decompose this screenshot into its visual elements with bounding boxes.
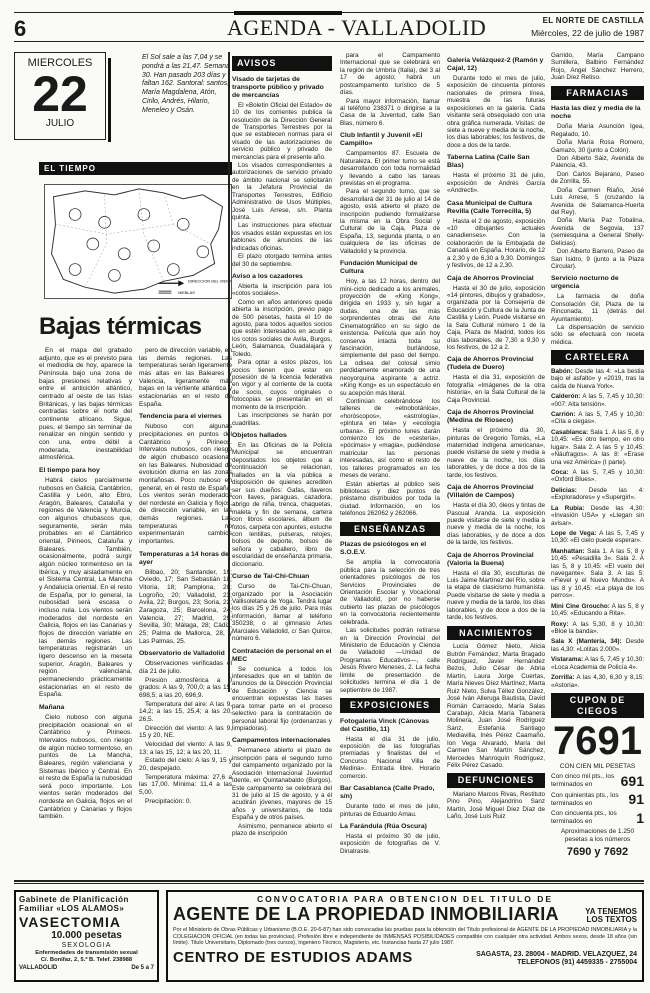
ad-price: 10.000 pesetas: [19, 930, 154, 942]
cinema-name: Roxy:: [551, 621, 569, 628]
column-rule: [228, 52, 230, 692]
item-text: Hasta el 2 de agosto, exposición «10 dib…: [447, 218, 545, 270]
ad-headline: AGENTE DE LA PROPIEDAD INMOBILIARIA: [173, 904, 559, 925]
item-text: Continúan celebrándose los talleres de «…: [340, 398, 440, 480]
item-text: Hasta el día 30, esculturas de Luis Jaim…: [447, 570, 545, 622]
cinema-name: Coca:: [551, 469, 569, 476]
ad-vasectomia: Gabinete de Planificación Familiar «LOS …: [14, 890, 159, 982]
item-text: Temperatura máxima: 27,6 a las 17,00. Mí…: [139, 774, 232, 797]
item-text: El plazo otorgado termina antes del 30 d…: [232, 253, 332, 268]
item-text: Observaciones verificadas el día 21 de j…: [139, 660, 232, 675]
nacimientos-text: Lucía Gómez Nieto, Alicia Butrón Fernánd…: [447, 643, 545, 769]
item-text: Para mayor información, llamar al teléfo…: [340, 98, 440, 128]
cartelera-entry: Vistarama: A las 5, 7,45 y 10,30: «Loca …: [551, 656, 644, 671]
nacimientos-header: NACIMIENTOS: [447, 626, 545, 641]
column-5: Galería Velázquez-2 (Ramón y Cajal, 12)D…: [447, 52, 545, 822]
weather-map: DIRECCION DEL VIENTO NIEBLAS: [44, 184, 232, 299]
cartelera-entry: Mini Cine Groucho: A las 5, 8 y 10,45: «…: [551, 603, 644, 618]
ensenanzas-header: ENSEÑANZAS: [340, 522, 440, 537]
cinema-name: Babón:: [551, 368, 573, 375]
item-heading: Club Infantil y Juvenil «El Campillo»: [340, 132, 440, 148]
item-heading: Objetos hallados: [232, 432, 332, 440]
cupon-approx-text: Aproximaciones de 1.250 pesetas a los nú…: [551, 828, 644, 843]
item-text: Habrá cielos parcialmente nubosos en Gal…: [39, 477, 132, 699]
cupon-box: 7691 CON CIEN MIL PESETAS Con cinco mil …: [551, 721, 644, 858]
svg-text:DIRECCION DEL VIENTO: DIRECCION DEL VIENTO: [188, 278, 231, 283]
cinema-name: Casablanca:: [551, 429, 588, 436]
avisos-header: AVISOS: [232, 56, 332, 71]
item-text: Se comunica a todos los interesados que …: [232, 666, 332, 733]
item-text: Hasta el próximo 30 de julio, exposición…: [340, 833, 440, 855]
item-text: Durante todo el mes de julio, exposición…: [447, 75, 545, 149]
cartelera-entry: Delicias: Desde las 4: «Exploradores» y …: [551, 487, 644, 502]
cartelera-entry: Sala X (Mantería, 34): Desde las 4,30: «…: [551, 638, 644, 653]
ad-address: C/. Bonifaz, 2, 5.º B. Telef. 238988: [19, 957, 154, 964]
farmacias-header: FARMACIAS: [551, 86, 644, 101]
exposiciones-items: Fotogalería Vinck (Cánovas del Castillo,…: [340, 718, 440, 856]
svg-text:NIEBLAS: NIEBLAS: [178, 290, 195, 295]
item-text: Para el segundo turno, que se desarrolla…: [340, 188, 440, 255]
column-4: para el Campamento Internacional que se …: [340, 52, 440, 856]
weather-headline: Bajas térmicas: [39, 313, 201, 341]
newspaper-page: 6 AGENDA - VALLADOLID EL NORTE DE CASTIL…: [14, 12, 644, 987]
ad-subtitle: SEXOLOGIA: [19, 942, 154, 950]
item-text: La dispensación de servicio sólo se efec…: [551, 324, 644, 346]
item-text: Doña María Asunción Igea, Regalado, 10.: [551, 123, 644, 138]
ad-line: Gabinete de Planificación: [19, 895, 154, 904]
ad-main-row: AGENTE DE LA PROPIEDAD INMOBILIARIA YA T…: [173, 904, 637, 925]
weather-header: EL TIEMPO: [39, 162, 232, 175]
farmacias-items: Hasta las diez y media de la nocheDoña M…: [551, 105, 644, 346]
item-text: Campamentos 87. Escuela de Naturaleza. E…: [340, 150, 440, 187]
ad-contact: SAGASTA, 23. 28004 - MADRID. VELAZQUEZ, …: [476, 951, 637, 968]
item-text: Las inscripciones se harán por cuadrilla…: [232, 412, 332, 427]
cinema-name: Calderón:: [551, 393, 580, 400]
item-text: Doña María Rosa Romero, Gamazo, 30 (junt…: [551, 139, 644, 154]
weather-column-2: pero de dirección variable, en las demás…: [139, 347, 232, 806]
item-text: Hasta el día 31, exposición de fotografí…: [447, 374, 545, 404]
showtimes: Sala 1. A las 5, 8 y 10,45: «Pesadilla 3…: [551, 548, 644, 600]
cartelera-items: Babón: Desde las 4: «La bestia bajo el a…: [551, 368, 644, 689]
cinema-name: Sala X (Mantería, 34):: [551, 638, 622, 645]
ad-note: Enfermedades de transmisión sexual: [19, 950, 154, 957]
cupon-approx-numbers: 7690 y 7692: [551, 846, 644, 859]
cupon-number: 7691: [551, 721, 644, 761]
date-box-shadow: [108, 58, 111, 142]
item-text: Cielo nuboso con alguna precipitación oc…: [39, 714, 132, 821]
weather-map-icon: DIRECCION DEL VIENTO NIEBLAS: [45, 185, 231, 298]
item-text: Don Alberto Barrero, Paseo de San Isidro…: [551, 248, 644, 270]
item-text: En el mapa del grabado adjunto, que es e…: [39, 347, 132, 462]
cartelera-entry: Roxy: A las 5,30, 8 y 10,30: «Bloe la ba…: [551, 621, 644, 636]
item-heading: Casa Municipal de Cultura Revilla (Calle…: [447, 200, 545, 216]
cupon-row: Con cinco mil pts., los terminados en691: [551, 773, 644, 790]
ad-aside: YA TENEMOS LOS TEXTOS: [567, 908, 637, 926]
dateline: Miércoles, 22 de julio de 1987: [531, 28, 644, 38]
item-text: Hasta el 30 de julio, exposición «14 pin…: [447, 285, 545, 352]
item-text: Las instrucciones para efectuar los visa…: [232, 222, 332, 252]
item-text: Para optar a estos plazos, los socios ti…: [232, 359, 332, 411]
item-heading: Fotogalería Vinck (Cánovas del Castillo,…: [340, 718, 440, 734]
item-heading: Aviso a los cazadores: [232, 273, 332, 281]
ensenanzas-items: Plazas de psicólogos en el S.O.E.V.Se am…: [340, 541, 440, 694]
item-text: para el Campamento Internacional que se …: [340, 52, 440, 97]
cartelera-entry: Manhattan: Sala 1. A las 5, 8 y 10,45: «…: [551, 548, 644, 600]
cartelera-entry: Calderón: A las 5, 7,45 y 10,30: «007: A…: [551, 393, 644, 408]
ad-line: Familiar «LOS ALAMOS»: [19, 904, 154, 913]
cinema-name: Lope de Vega:: [551, 530, 596, 537]
cinema-name: Mini Cine Groucho:: [551, 603, 610, 610]
cupon-row: Con cincuenta pts., los terminados en1: [551, 810, 644, 827]
item-heading: Caja de Ahorros Provincial (Villalón de …: [447, 484, 545, 500]
item-text: Precipitación: 0.: [139, 798, 232, 806]
cartelera-entry: Zorrilla: A las 4,30, 6,30 y 8,15: «Asto…: [551, 674, 644, 689]
section-title: AGENDA - VALLADOLID: [227, 15, 486, 41]
item-text: Hasta el próximo 31 de julio, exposición…: [447, 172, 545, 194]
item-text: Don Carlos Bejarano, Paseo de Zorrilla, …: [551, 171, 644, 186]
defunciones-header: DEFUNCIONES: [447, 773, 545, 788]
day-number: 22: [15, 70, 105, 118]
item-text: El «Boletín Oficial del Estado» de 10 de…: [232, 102, 332, 161]
cartelera-entry: Casablanca: Sala 1. A las 5, 8 y 10,45: …: [551, 429, 644, 466]
cartelera-entry: La Rubia: Desde las 4,30: «Invasión USA»…: [551, 505, 644, 527]
item-heading: Contratación de personal en el MEC: [232, 648, 332, 664]
item-text: En las Oficinas de la Policía Municipal …: [232, 442, 332, 568]
item-heading: Visado de tarjetas de transporte público…: [232, 76, 332, 100]
almanac-text: El Sol sale a las 7,04 y se pondrá a las…: [142, 54, 232, 115]
item-text: Se amplía la convocatoria pública para l…: [340, 559, 440, 626]
item-heading: Tendencia para el viernes: [139, 413, 232, 421]
date-box: MIERCOLES 22 JULIO: [14, 52, 106, 140]
item-heading: Observatorio de Valladolid: [139, 650, 232, 658]
item-text: Hasta el día 31 de julio, exposición de …: [340, 736, 440, 781]
item-heading: Mañana: [39, 704, 132, 712]
item-text: Abierta la inscripción para los «cotos s…: [232, 283, 332, 298]
page-number: 6: [14, 16, 26, 42]
item-text: Doña María Paz Tobalina, Avenida de Sego…: [551, 217, 644, 247]
exposiciones-header: EXPOSICIONES: [340, 698, 440, 713]
cartelera-entry: Lope de Vega: A las 5, 7,45 y 10,30: «El…: [551, 530, 644, 545]
cinema-name: Manhattan:: [551, 548, 585, 555]
cartelera-entry: Coca: A las 5, 7,45 y 10,30: «Oxford Blu…: [551, 469, 644, 484]
ad-school: CENTRO DE ESTUDIOS ADAMS: [173, 949, 413, 967]
item-text: La farmacia de doña Consolación Gil, Pla…: [551, 293, 644, 323]
ad-body: Por el Ministerio de Obras Públicas y Ur…: [173, 927, 637, 946]
item-heading: Servicio nocturno de urgencia: [551, 275, 644, 291]
avisos-items: Visado de tarjetas de transporte público…: [232, 76, 332, 838]
avisos-column: AVISOS Visado de tarjetas de transporte …: [232, 52, 332, 838]
defunciones-text: Mariano Marcos Rivas, Restituto Pino Pin…: [447, 791, 545, 821]
cinema-name: Delicias:: [551, 487, 577, 494]
cupon-prize-main: CON CIEN MIL PESETAS: [551, 763, 644, 771]
ad-agente-inmobiliaria: CONVOCATORIA PARA OBTENCION DEL TITULO D…: [166, 890, 644, 982]
agenda-items: para el Campamento Internacional que se …: [340, 52, 440, 518]
item-text: Estado del cielo: A las 9, 15 y 20, desp…: [139, 757, 232, 772]
item-heading: Taberna Latina (Calle San Blas): [447, 154, 545, 170]
item-heading: Galería Velázquez-2 (Ramón y Cajal, 12): [447, 57, 545, 73]
item-heading: Caja de Ahorros Provincial (Tudela de Du…: [447, 356, 545, 372]
item-text: Nuboso con algunas precipitaciones en pu…: [139, 423, 232, 546]
ad-footer: CENTRO DE ESTUDIOS ADAMS SAGASTA, 23. 28…: [173, 949, 637, 967]
cartelera-entry: Carrión: A las 5, 7,45 y 10,30: «Cita a …: [551, 411, 644, 426]
item-heading: Campamentos internacionales: [232, 737, 332, 745]
item-heading: Caja de Ahorros Provincial: [447, 275, 545, 283]
item-text: Doña Carmen Riaño, José Luis Arrese, 5 (…: [551, 187, 644, 217]
item-heading: La Farándula (Rúa Oscura): [340, 823, 440, 831]
cartelera-entry: Babón: Desde las 4: «La bestia bajo el a…: [551, 368, 644, 390]
item-text: Permanece abierto el plazo de inscripció…: [232, 747, 332, 821]
item-text: Los visados correspondientes a autorizac…: [232, 162, 332, 221]
cupon-header: CUPON DE CIEGOS: [551, 693, 644, 718]
cinema-name: Vistarama:: [551, 656, 583, 663]
item-heading: Curso de Tai-Chi-Chuan: [232, 573, 332, 581]
item-text: Como en años anteriores queda abierta la…: [232, 299, 332, 358]
item-heading: Bar Casablanca (Calle Prado, s/n): [340, 785, 440, 801]
exhibition-items: Galería Velázquez-2 (Ramón y Cajal, 12)D…: [447, 57, 545, 622]
defunciones-continued: Garrido, María Campano Sumillera, Balbin…: [551, 52, 644, 82]
item-text: pero de dirección variable, en las demás…: [139, 347, 232, 408]
item-heading: Hasta las diez y media de la noche: [551, 105, 644, 121]
cinema-name: Zorrilla:: [551, 674, 574, 681]
cinema-name: La Rubia:: [551, 505, 584, 512]
item-heading: Caja de Ahorros Provincial (Valoria la B…: [447, 552, 545, 568]
column-6: Garrido, María Campano Sumillera, Balbin…: [551, 52, 644, 859]
cartelera-header: CARTELERA: [551, 350, 644, 365]
month: JULIO: [15, 118, 105, 130]
cinema-name: Carrión:: [551, 411, 576, 418]
weather-column-1: En el mapa del grabado adjunto, que es e…: [39, 347, 132, 822]
item-text: Hasta el próximo día 30, pinturas de Gre…: [447, 427, 545, 479]
item-text: Dirección del viento: A las 9, 15 y 20, …: [139, 725, 232, 740]
item-heading: Plazas de psicólogos en el S.O.E.V.: [340, 541, 440, 557]
item-text: Durante todo el mes de julio, pinturas d…: [340, 803, 440, 818]
newspaper-name: EL NORTE DE CASTILLA: [543, 16, 644, 25]
item-text: Presión atmosférica a 0 grados: A las 9,…: [139, 677, 232, 700]
item-text: Velocidad del viento: A las 9, 13; a las…: [139, 741, 232, 756]
item-text: Don Alberto Sáiz, Avenida de Palencia, 4…: [551, 155, 644, 170]
item-heading: Temperaturas a 14 horas de ayer: [139, 551, 232, 567]
item-heading: Fundación Municipal de Cultura: [340, 260, 440, 276]
item-text: Las solicitudes podrán retirarse en la D…: [340, 627, 440, 694]
item-text: Temperatura del aire: A las 9, 14,2; a l…: [139, 701, 232, 724]
item-text: Asimismo, permanece abierto el plazo de …: [232, 823, 332, 838]
item-heading: El tiempo para hoy: [39, 467, 132, 475]
ad-footer: VALLADOLIDDe 5 a 7: [19, 965, 154, 972]
ad-title: VASECTOMIA: [19, 914, 154, 931]
masthead: 6 AGENDA - VALLADOLID EL NORTE DE CASTIL…: [14, 12, 644, 42]
item-text: Bilbao, 20; Santander, 19; Oviedo, 17; S…: [139, 569, 232, 646]
item-text: Curso de Tai-Chi-Chuan, organizado por l…: [232, 583, 332, 642]
ad-separator: [14, 880, 644, 884]
cupon-row: Con quinientas pts., los terminados en91: [551, 791, 644, 808]
item-heading: Caja de Ahorros Provincial (Medina de Ri…: [447, 409, 545, 425]
item-text: Hasta el día 30, óleos y tintas de Pascu…: [447, 502, 545, 547]
ad-title: CONVOCATORIA PARA OBTENCION DEL TITULO D…: [173, 894, 637, 904]
item-text: Hoy, a las 12 horas, dentro del mini-cic…: [340, 278, 440, 397]
item-text: Están abiertas al público seis bibliotec…: [340, 481, 440, 518]
